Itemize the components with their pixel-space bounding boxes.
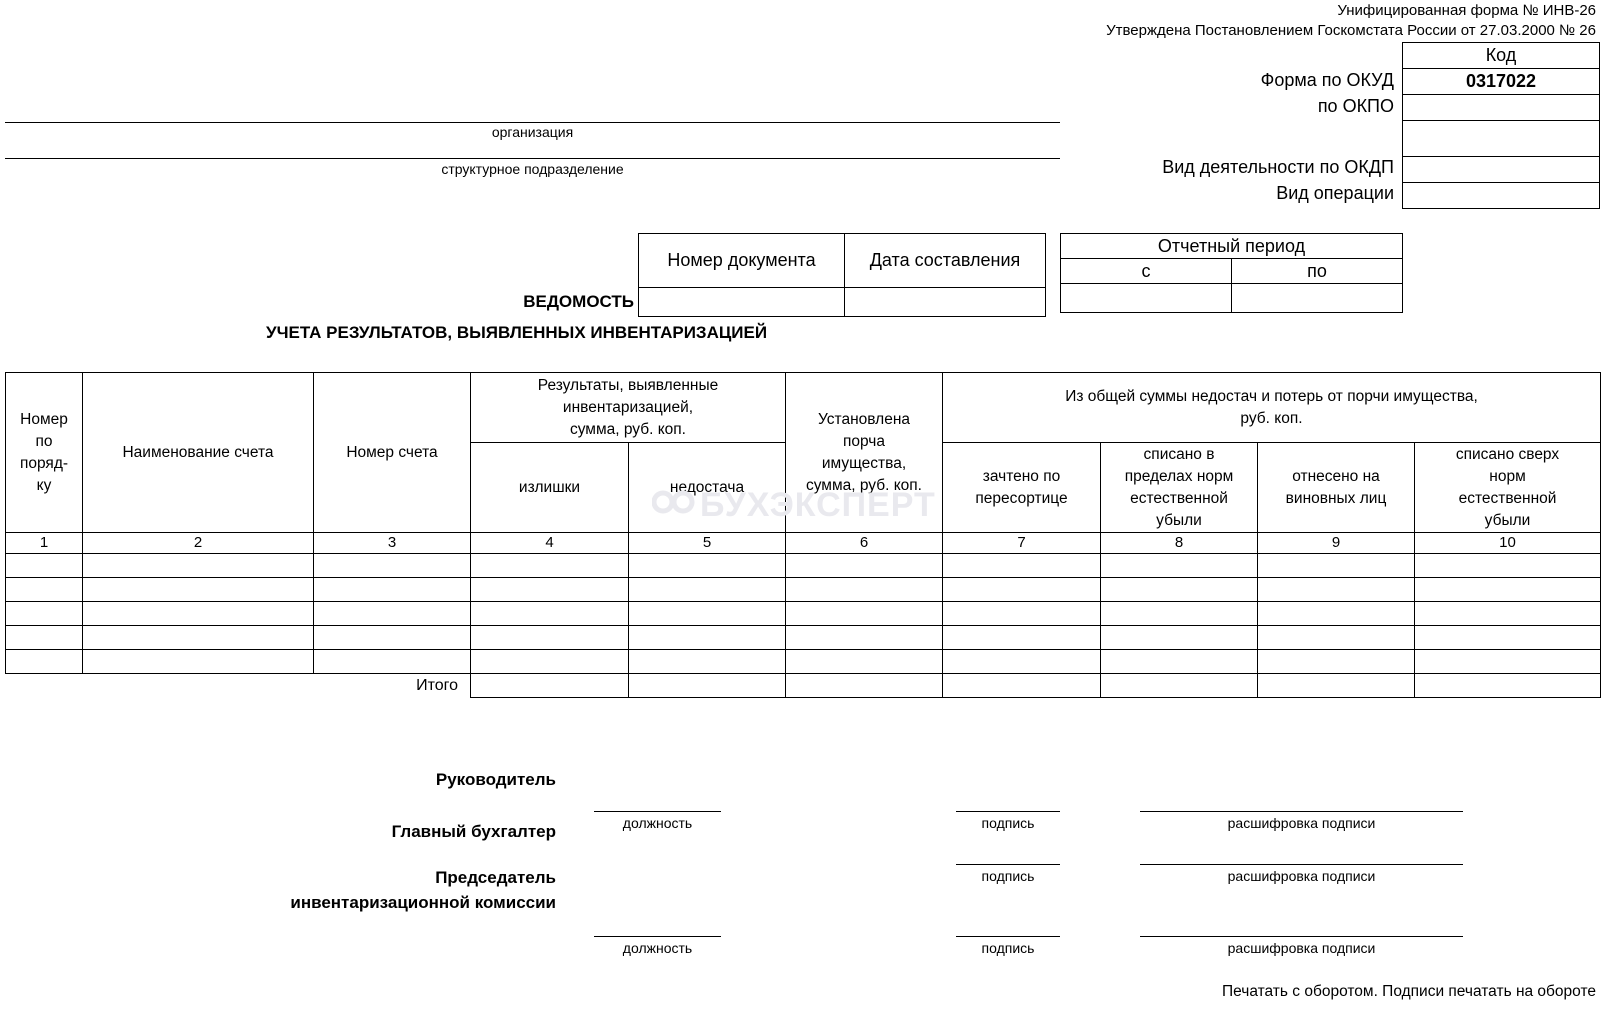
header-line: Номер <box>6 409 82 431</box>
table-cell[interactable] <box>6 650 83 674</box>
organization-field[interactable] <box>5 104 1060 122</box>
table-cell[interactable] <box>1258 578 1415 602</box>
table-body <box>6 554 1601 674</box>
col-header-order-no: Номер по поряд- ку <box>6 373 83 533</box>
extra-code[interactable] <box>1403 121 1600 157</box>
signature-caption: подпись <box>956 815 1060 831</box>
header-line: естественной <box>1415 488 1600 510</box>
chairman-role-label-1: Председатель <box>435 868 556 888</box>
table-cell[interactable] <box>943 650 1101 674</box>
header-line: по <box>6 431 82 453</box>
col-header-account-no: Номер счета <box>314 373 471 533</box>
header-line: сумма, руб. коп. <box>786 475 942 497</box>
column-number: 5 <box>629 533 786 554</box>
column-numbers-row: 1 2 3 4 5 6 7 8 9 10 <box>6 533 1601 554</box>
chief-accountant-decoding-line[interactable] <box>1140 864 1463 865</box>
header-line: руб. коп. <box>943 408 1600 430</box>
form-id: Унифицированная форма № ИНВ-26 <box>1337 2 1596 19</box>
header-line: списано в <box>1101 444 1257 466</box>
chairman-signature-line[interactable] <box>956 936 1060 937</box>
table-cell[interactable] <box>629 554 786 578</box>
table-cell[interactable] <box>1101 626 1258 650</box>
header-line: убыли <box>1415 510 1600 532</box>
decoding-caption: расшифровка подписи <box>1140 940 1463 956</box>
total-row: Итого <box>6 674 1601 698</box>
total-cell[interactable] <box>786 674 943 698</box>
organization-caption: организация <box>5 124 1060 140</box>
total-label: Итого <box>6 674 471 698</box>
document-date-label: Дата составления <box>845 234 1046 288</box>
period-to-label: по <box>1232 259 1403 284</box>
chairman-position-line[interactable] <box>594 936 721 937</box>
table-row <box>6 578 1601 602</box>
column-number: 2 <box>83 533 314 554</box>
table-cell[interactable] <box>314 602 471 626</box>
table-cell[interactable] <box>1258 602 1415 626</box>
header-line: норм <box>1415 466 1600 488</box>
table-cell[interactable] <box>629 626 786 650</box>
table-row <box>6 554 1601 578</box>
table-cell[interactable] <box>1415 602 1601 626</box>
total-cell[interactable] <box>1258 674 1415 698</box>
reporting-period-label: Отчетный период <box>1061 234 1403 259</box>
okdp-label: Вид деятельности по ОКДП <box>1162 157 1394 178</box>
total-cell[interactable] <box>471 674 629 698</box>
table-cell[interactable] <box>1101 602 1258 626</box>
table-cell[interactable] <box>314 650 471 674</box>
table-cell[interactable] <box>629 602 786 626</box>
table-cell[interactable] <box>83 602 314 626</box>
operation-type-label: Вид операции <box>1276 183 1394 204</box>
signature-caption: подпись <box>956 940 1060 956</box>
table-row <box>6 650 1601 674</box>
chairman-decoding-line[interactable] <box>1140 936 1463 937</box>
table-cell[interactable] <box>83 578 314 602</box>
total-cell[interactable] <box>943 674 1101 698</box>
col-header-above-norms: списано сверх норм естественной убыли <box>1415 443 1601 533</box>
header-line: убыли <box>1101 510 1257 532</box>
col-header-regrading: зачтено по пересортице <box>943 443 1101 533</box>
total-cell[interactable] <box>629 674 786 698</box>
document-date-field[interactable] <box>845 288 1046 317</box>
position-caption: должность <box>594 940 721 956</box>
header-line: поряд- <box>6 453 82 475</box>
column-number: 1 <box>6 533 83 554</box>
column-number: 8 <box>1101 533 1258 554</box>
table-cell[interactable] <box>943 554 1101 578</box>
period-to-field[interactable] <box>1232 284 1403 313</box>
table-cell[interactable] <box>1101 650 1258 674</box>
table-cell[interactable] <box>786 554 943 578</box>
okud-label: Форма по ОКУД <box>1261 70 1394 91</box>
statement-title: ВЕДОМОСТЬ <box>523 292 634 312</box>
table-cell[interactable] <box>1415 578 1601 602</box>
organization-line <box>5 122 1060 123</box>
table-cell[interactable] <box>1415 554 1601 578</box>
signature-caption: подпись <box>956 868 1060 884</box>
reporting-period-table: Отчетный период с по <box>1060 233 1403 313</box>
results-table: Номер по поряд- ку Наименование счета Но… <box>5 372 1601 698</box>
okpo-label: по ОКПО <box>1318 96 1394 117</box>
table-cell[interactable] <box>943 602 1101 626</box>
col-header-surplus: излишки <box>471 443 629 533</box>
table-cell[interactable] <box>6 602 83 626</box>
header-line: списано сверх <box>1415 444 1600 466</box>
head-decoding-line[interactable] <box>1140 811 1463 812</box>
table-cell[interactable] <box>6 578 83 602</box>
chief-accountant-signature-line[interactable] <box>956 864 1060 865</box>
total-cell[interactable] <box>1101 674 1258 698</box>
department-field[interactable] <box>5 140 1060 158</box>
column-number: 7 <box>943 533 1101 554</box>
header-line: инвентаризацией, <box>471 397 785 419</box>
header-line: виновных лиц <box>1258 488 1414 510</box>
header-line: зачтено по <box>943 466 1100 488</box>
department-line <box>5 158 1060 159</box>
table-cell[interactable] <box>1101 578 1258 602</box>
table-cell[interactable] <box>629 650 786 674</box>
statement-subtitle: УЧЕТА РЕЗУЛЬТАТОВ, ВЫЯВЛЕННЫХ ИНВЕНТАРИЗ… <box>266 323 767 343</box>
group-header-results: Результаты, выявленные инвентаризацией, … <box>471 373 786 443</box>
table-cell[interactable] <box>314 626 471 650</box>
codes-heading: Код <box>1403 43 1600 69</box>
header-line: пределах норм <box>1101 466 1257 488</box>
table-cell[interactable] <box>471 626 629 650</box>
table-cell[interactable] <box>943 626 1101 650</box>
department-caption: структурное подразделение <box>5 161 1060 177</box>
table-cell[interactable] <box>471 554 629 578</box>
header-line: ку <box>6 475 82 497</box>
decoding-caption: расшифровка подписи <box>1140 868 1463 884</box>
approval-note: Утверждена Постановлением Госкомстата Ро… <box>1106 22 1596 39</box>
column-number: 6 <box>786 533 943 554</box>
table-cell[interactable] <box>1258 650 1415 674</box>
document-number-label: Номер документа <box>639 234 845 288</box>
header-line: Установлена <box>786 409 942 431</box>
table-cell[interactable] <box>1101 554 1258 578</box>
col-header-guilty: отнесено на виновных лиц <box>1258 443 1415 533</box>
head-signature-line[interactable] <box>956 811 1060 812</box>
header-line: пересортице <box>943 488 1100 510</box>
col-header-account-name: Наименование счета <box>83 373 314 533</box>
table-cell[interactable] <box>314 578 471 602</box>
table-cell[interactable] <box>786 650 943 674</box>
okdp-code[interactable] <box>1403 157 1600 183</box>
decoding-caption: расшифровка подписи <box>1140 815 1463 831</box>
col-header-within-norms: списано в пределах норм естественной убы… <box>1101 443 1258 533</box>
head-position-line[interactable] <box>594 811 721 812</box>
document-number-date-table: Номер документа Дата составления <box>638 233 1046 317</box>
column-number: 3 <box>314 533 471 554</box>
table-cell[interactable] <box>786 602 943 626</box>
header-line: имущества, <box>786 453 942 475</box>
table-cell[interactable] <box>471 650 629 674</box>
period-from-label: с <box>1061 259 1232 284</box>
document-number-field[interactable] <box>639 288 845 317</box>
column-number: 9 <box>1258 533 1415 554</box>
table-cell[interactable] <box>629 578 786 602</box>
table-cell[interactable] <box>83 626 314 650</box>
table-cell[interactable] <box>83 554 314 578</box>
header-line: Результаты, выявленные <box>471 375 785 397</box>
operation-type-code[interactable] <box>1403 183 1600 209</box>
table-cell[interactable] <box>786 626 943 650</box>
col-header-damage: Установлена порча имущества, сумма, руб.… <box>786 373 943 533</box>
header-line: отнесено на <box>1258 466 1414 488</box>
total-cell[interactable] <box>1415 674 1601 698</box>
column-number: 4 <box>471 533 629 554</box>
table-cell[interactable] <box>314 554 471 578</box>
header-line: порча <box>786 431 942 453</box>
head-role-label: Руководитель <box>436 770 556 790</box>
column-number: 10 <box>1415 533 1601 554</box>
table-row <box>6 626 1601 650</box>
table-cell[interactable] <box>83 650 314 674</box>
chairman-role-label-2: инвентаризационной комиссии <box>290 893 556 913</box>
col-header-shortage: недостача <box>629 443 786 533</box>
table-cell[interactable] <box>943 578 1101 602</box>
codes-table: Код 0317022 <box>1402 42 1600 209</box>
header-line: естественной <box>1101 488 1257 510</box>
chief-accountant-role-label: Главный бухгалтер <box>392 822 556 842</box>
table-cell[interactable] <box>6 554 83 578</box>
position-caption: должность <box>594 815 721 831</box>
table-cell[interactable] <box>471 602 629 626</box>
header-line: Из общей суммы недостач и потерь от порч… <box>943 386 1600 408</box>
print-instruction: Печатать с оборотом. Подписи печатать на… <box>1222 983 1596 1001</box>
table-row <box>6 602 1601 626</box>
okpo-code[interactable] <box>1403 95 1600 121</box>
header-line: сумма, руб. коп. <box>471 419 785 441</box>
period-from-field[interactable] <box>1061 284 1232 313</box>
table-cell[interactable] <box>786 578 943 602</box>
group-header-from-total: Из общей суммы недостач и потерь от порч… <box>943 373 1601 443</box>
table-cell[interactable] <box>471 578 629 602</box>
okud-code[interactable]: 0317022 <box>1403 69 1600 95</box>
table-cell[interactable] <box>1258 626 1415 650</box>
table-cell[interactable] <box>1415 626 1601 650</box>
table-cell[interactable] <box>1258 554 1415 578</box>
table-cell[interactable] <box>6 626 83 650</box>
table-cell[interactable] <box>1415 650 1601 674</box>
